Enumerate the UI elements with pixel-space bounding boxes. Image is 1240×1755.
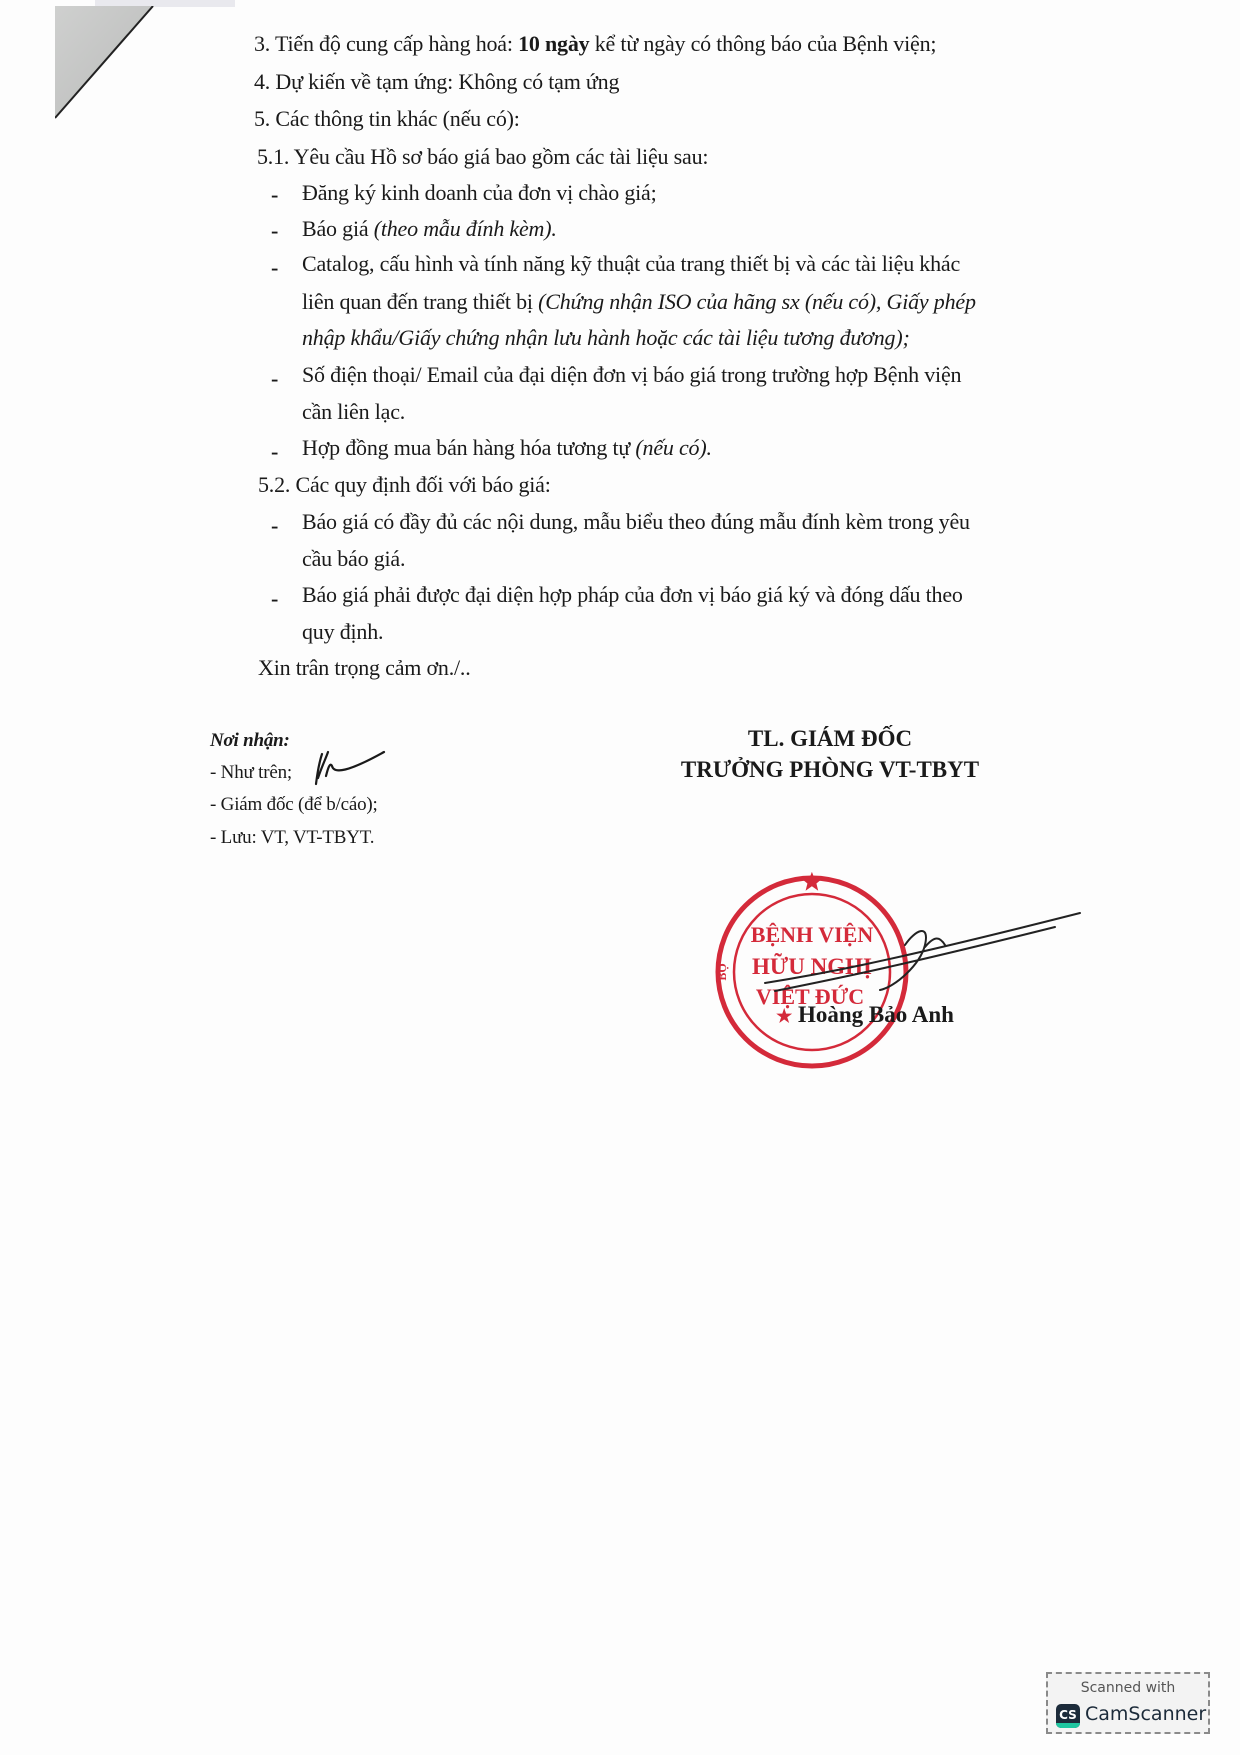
recipient-item: - Như trên; [210,761,292,785]
bullet: - [271,181,278,209]
bullet-quotation: Báo giá (theo mẫu đính kèm). [302,215,557,243]
watermark-top-text: Scanned with [1048,1680,1208,1696]
initials-signature [308,748,388,788]
bullet: - [271,438,278,466]
bullet-catalog-line1: Catalog, cấu hình và tính năng kỹ thuật … [302,250,960,278]
text: liên quan đến trang thiết bị [302,289,538,314]
page-fold-corner [55,6,155,121]
bullet-catalog-line3: nhập khẩu/Giấy chứng nhận lưu hành hoặc … [302,324,910,352]
closing-thanks: Xin trân trọng cảm ơn./.. [258,654,471,682]
bullet: - [271,512,278,540]
rule-content-line1: Báo giá có đầy đủ các nội dung, mẫu biểu… [302,508,970,536]
signer-name: ★ Hoàng Bảo Anh [720,1000,1010,1031]
bullet: - [271,365,278,393]
item-3-delivery: 3. Tiến độ cung cấp hàng hoá: 10 ngày kể… [254,30,936,58]
recipient-item: - Lưu: VT, VT-TBYT. [210,826,374,850]
italic-note: (nếu có). [635,435,711,460]
item-3-bold: 10 ngày [518,31,589,56]
scanned-document-page: 3. Tiến độ cung cấp hàng hoá: 10 ngày kể… [0,0,1240,1755]
bullet-contact-line2: cần liên lạc. [302,398,405,426]
section-5-1-title: 5.1. Yêu cầu Hồ sơ báo giá bao gồm các t… [257,143,708,171]
section-5-2-title: 5.2. Các quy định đối với báo giá: [258,471,551,499]
text: Báo giá [302,216,374,241]
signature-title-1: TL. GIÁM ĐỐC [650,724,1010,754]
bullet-contract: Hợp đồng mua bán hàng hóa tương tự (nếu … [302,434,712,462]
italic-note: (Chứng nhận ISO của hãng sx (nếu có), Gi… [538,289,976,314]
signer-name-text: Hoàng Bảo Anh [798,1002,954,1027]
bullet-business-registration: Đăng ký kinh doanh của đơn vị chào giá; [302,179,657,207]
text: Hợp đồng mua bán hàng hóa tương tự [302,435,635,460]
item-3-suffix: kể từ ngày có thông báo của Bệnh viện; [589,31,936,56]
bullet: - [271,254,278,282]
signature-title-2: TRƯỞNG PHÒNG VT-TBYT [650,755,1010,785]
bullet: - [271,217,278,245]
item-5-other-info: 5. Các thông tin khác (nếu có): [254,105,520,133]
bullet-catalog-line2: liên quan đến trang thiết bị (Chứng nhận… [302,288,976,316]
recipients-label: Nơi nhận: [210,729,290,753]
bullet: - [271,585,278,613]
item-3-prefix: 3. Tiến độ cung cấp hàng hoá: [254,31,518,56]
recipient-item: - Giám đốc (để b/cáo); [210,793,378,817]
label: Nơi nhận: [210,730,290,751]
italic-note: (theo mẫu đính kèm). [374,216,557,241]
bullet-contact-line1: Số điện thoại/ Email của đại diện đơn vị… [302,361,961,389]
rule-signature-line1: Báo giá phải được đại diện hợp pháp của … [302,581,963,609]
watermark-brand: CamScanner [1085,1703,1206,1725]
stamp-side-text: BỘ [715,963,729,980]
item-4-advance: 4. Dự kiến về tạm ứng: Không có tạm ứng [254,68,619,96]
star-icon: ★ [776,1006,792,1026]
camscanner-logo-icon: CS [1056,1704,1080,1728]
camscanner-watermark: Scanned with CS CamScanner [1046,1672,1210,1734]
rule-signature-line2: quy định. [302,618,383,646]
handwritten-signature [755,905,1085,1000]
rule-content-line2: cầu báo giá. [302,545,405,573]
